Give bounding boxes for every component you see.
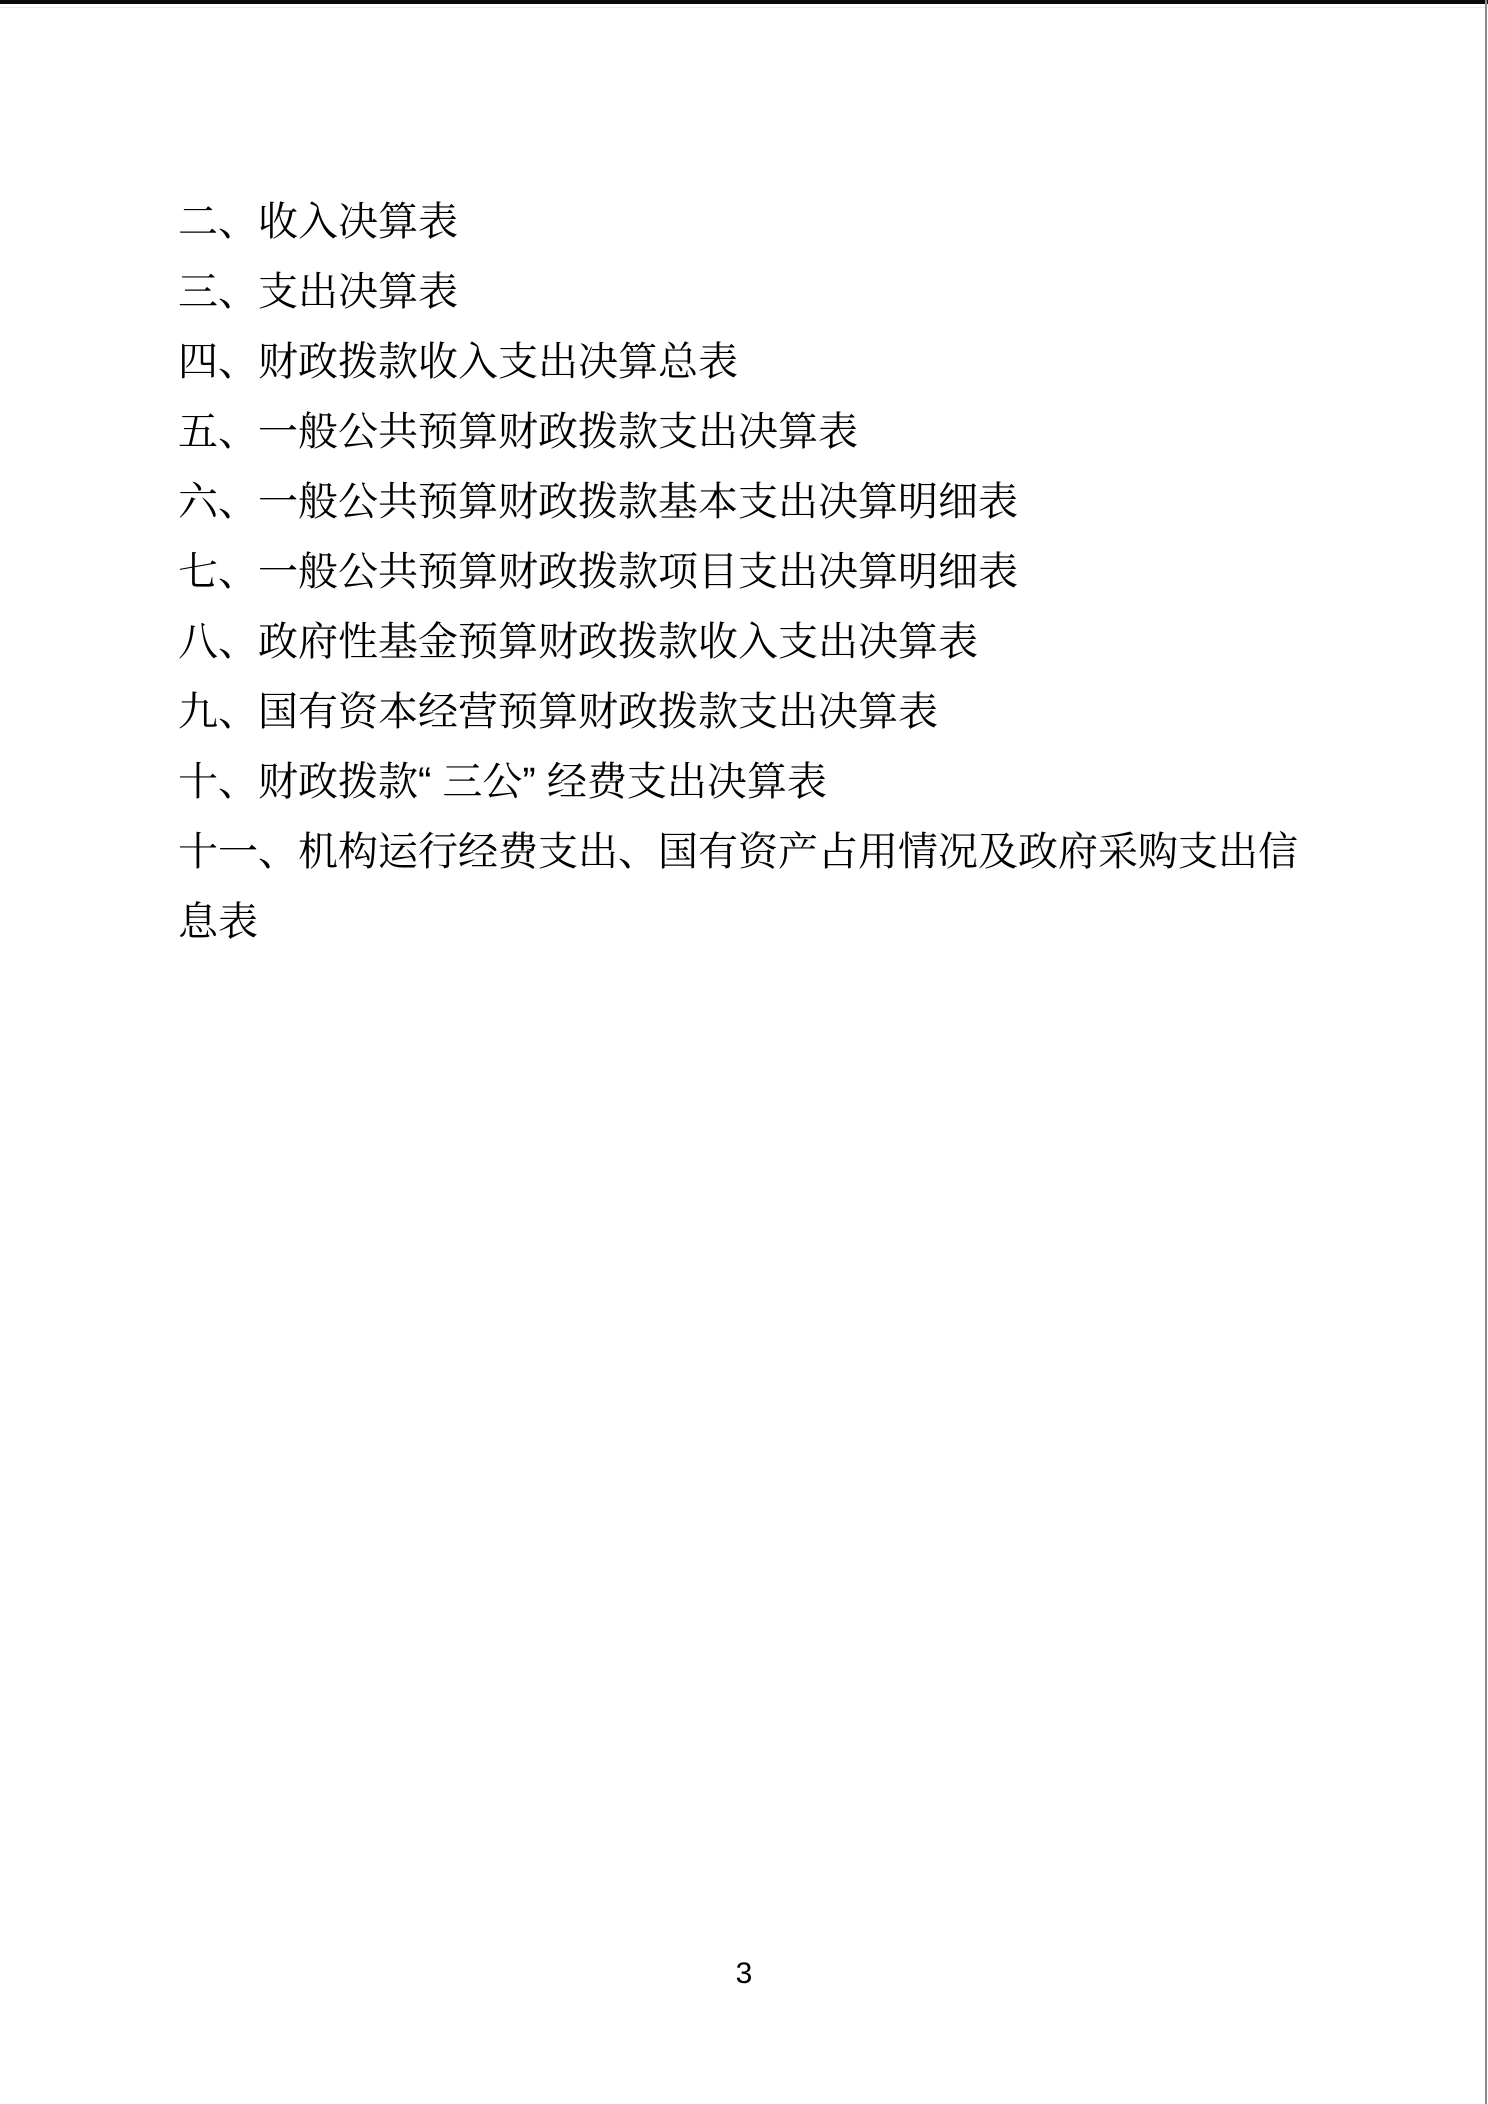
toc-item-11: 十一、机构运行经费支出、国有资产占用情况及政府采购支出信 [178,817,1358,887]
top-faint-divider [0,7,1488,8]
top-edge-bar [0,0,1488,4]
page-number: 3 [0,1957,1488,1991]
document-page: 二、收入决算表 三、支出决算表 四、财政拨款收入支出决算总表 五、一般公共预算财… [0,0,1488,2104]
toc-item-3: 三、支出决算表 [178,257,1358,327]
toc-item-4: 四、财政拨款收入支出决算总表 [178,327,1358,397]
toc-item-2: 二、收入决算表 [178,187,1358,257]
right-edge-divider [1485,0,1487,2104]
toc-item-11-continuation: 息表 [178,887,1358,957]
toc-item-5: 五、一般公共预算财政拨款支出决算表 [178,397,1358,467]
toc-item-8: 八、政府性基金预算财政拨款收入支出决算表 [178,607,1358,677]
toc-item-10: 十、财政拨款“ 三公” 经费支出决算表 [178,747,1358,817]
toc-item-7: 七、一般公共预算财政拨款项目支出决算明细表 [178,537,1358,607]
toc-item-6: 六、一般公共预算财政拨款基本支出决算明细表 [178,467,1358,537]
table-of-contents: 二、收入决算表 三、支出决算表 四、财政拨款收入支出决算总表 五、一般公共预算财… [178,187,1358,957]
toc-item-9: 九、国有资本经营预算财政拨款支出决算表 [178,677,1358,747]
